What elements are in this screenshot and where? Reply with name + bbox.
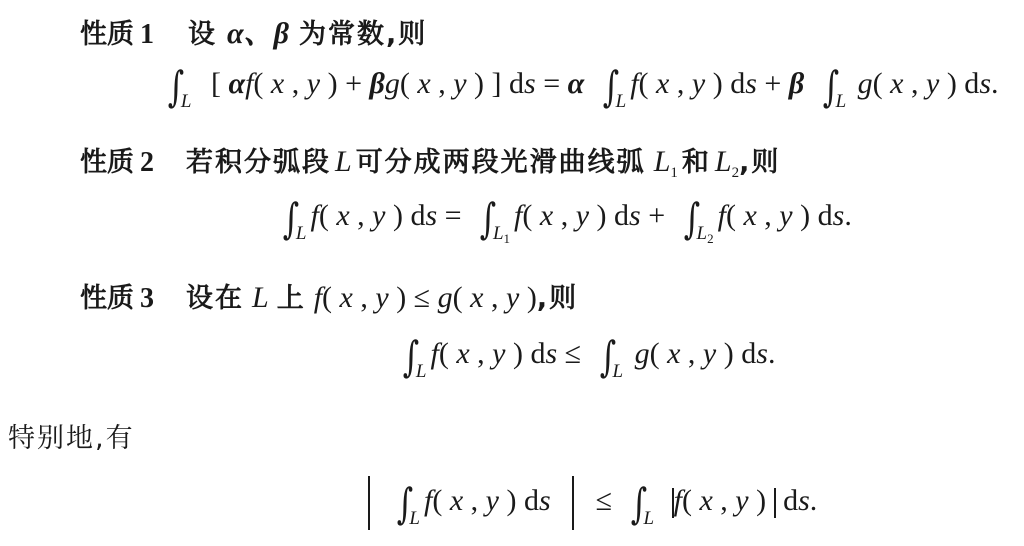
plus-sign: +	[764, 67, 788, 100]
equals-sign: =	[445, 199, 469, 232]
property-2-heading: 性质2 若积分弧段 L 可分成两段光滑曲线弧 L1 和 L2,则	[80, 140, 780, 182]
leq-sign: ≤	[596, 484, 612, 517]
statement-prefix: 设在	[186, 283, 244, 314]
statement-suffix: ,则	[739, 147, 780, 178]
property-label: 性质	[80, 283, 134, 314]
statement-prefix: 设	[188, 19, 217, 50]
integral-sign: ∫	[599, 336, 615, 378]
property-label: 性质	[80, 147, 134, 178]
constants-symbols: α、β	[227, 17, 289, 50]
lhs-integrand: [ αf( x , y ) + βg( x , y ) ] ds	[211, 67, 536, 100]
rhs-integrand: g( x , y ) ds.	[627, 337, 775, 370]
statement-suffix: 为常数,则	[299, 19, 427, 50]
integral-sign: ∫	[602, 66, 618, 108]
curve1-symbol: L1	[654, 145, 678, 178]
statement-conj: 和	[682, 147, 711, 178]
integral-sign: ∫	[630, 483, 646, 525]
condition: f( x , y ) ≤ g( x , y )	[314, 281, 537, 314]
abs-bar-left	[368, 476, 370, 530]
abs-bar-right	[572, 476, 574, 530]
equals-sign: =	[543, 67, 567, 100]
curve2-symbol: L2	[715, 145, 739, 178]
integral-sign: ∫	[683, 198, 699, 240]
integral-sign: ∫	[403, 336, 419, 378]
lhs-integrand: f( x , y ) ds	[310, 199, 437, 232]
corollary-intro: 特别地,有	[8, 416, 135, 455]
statement-prefix: 若积分弧段	[186, 147, 331, 178]
curve-symbol: L	[335, 145, 352, 178]
plus-sign: +	[648, 199, 672, 232]
coef-alpha: α	[568, 67, 585, 100]
integral-sign: ∫	[168, 66, 184, 108]
property-number: 1	[140, 19, 154, 50]
corollary-formula: ∫Lf( x , y ) ds ≤ ∫L f( x , y ) ds.	[368, 476, 817, 530]
statement-suffix: ,则	[537, 283, 578, 314]
lhs-integrand: f( x , y ) ds	[424, 484, 551, 517]
curve-symbol: L	[252, 281, 269, 314]
statement-middle: 可分成两段光滑曲线弧	[356, 147, 646, 178]
rhs-term1-integrand: f( x , y ) ds	[630, 67, 757, 100]
statement-middle: 上	[277, 283, 306, 314]
rhs-term1-integrand: f( x , y ) ds	[514, 199, 641, 232]
lhs-integrand: f( x , y ) ds	[430, 337, 557, 370]
leq-sign: ≤	[565, 337, 581, 370]
property-2-formula: ∫Lf( x , y ) ds = ∫L1f( x , y ) ds + ∫L2…	[280, 198, 852, 247]
integral-sign: ∫	[822, 66, 838, 108]
rhs-term2-integrand: g( x , y ) ds.	[850, 67, 998, 100]
property-3-formula: ∫Lf( x , y ) ds ≤ ∫L g( x , y ) ds.	[400, 336, 775, 383]
integral-sign: ∫	[396, 483, 412, 525]
rhs-integrand: f( x , y )	[674, 484, 774, 517]
property-number: 2	[140, 147, 154, 178]
integral-sign: ∫	[283, 198, 299, 240]
integral-sign: ∫	[480, 198, 496, 240]
property-3-heading: 性质3 设在 L 上 f( x , y ) ≤ g( x , y ),则	[80, 276, 578, 315]
property-number: 3	[140, 283, 154, 314]
rhs-tail: ds.	[776, 484, 818, 517]
property-label: 性质	[80, 19, 134, 50]
rhs-term2-integrand: f( x , y ) ds.	[718, 199, 852, 232]
coef-beta: β	[789, 67, 804, 100]
property-1-formula: ∫L [ αf( x , y ) + βg( x , y ) ] ds = α …	[165, 66, 999, 113]
property-1-heading: 性质1 设 α、β 为常数,则	[80, 8, 427, 52]
